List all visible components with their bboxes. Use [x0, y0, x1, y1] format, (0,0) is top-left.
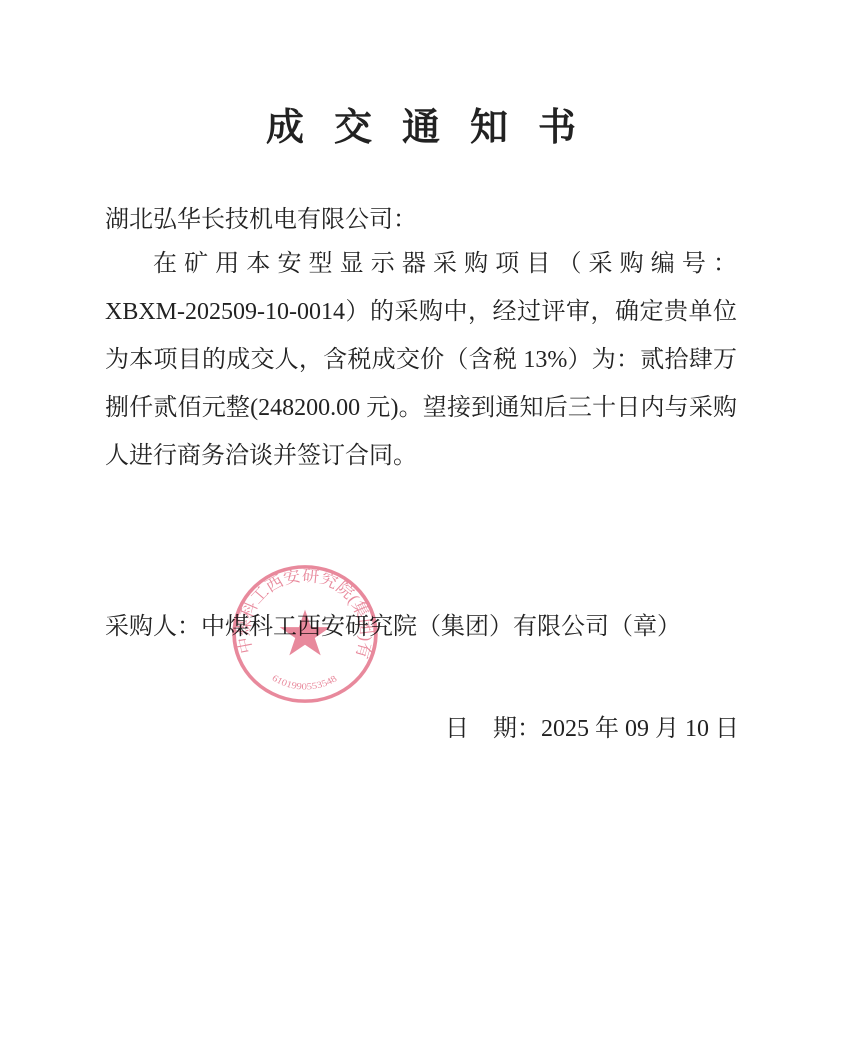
stamp-serial-number: 6101990553548 [270, 674, 340, 693]
date-line: 日 期：2025 年 09 月 10 日 [445, 705, 739, 753]
body-line-3: 为本项目的成交人，含税成交价（含税 13%）为：贰拾肆万 [105, 336, 737, 384]
body-line-1: 在矿用本安型显示器采购项目（采购编号： [105, 240, 737, 288]
addressee-line: 湖北弘华长技机电有限公司： [105, 196, 417, 244]
document-title: 成交通知书 [0, 104, 842, 152]
body-line-2: XBXM-202509-10-0014）的采购中，经过评审，确定贵单位 [105, 288, 737, 336]
body-line-4: 捌仟贰佰元整(248200.00 元)。望接到通知后三十日内与采购 [105, 384, 737, 432]
purchaser-line: 采购人：中煤科工西安研究院（集团）有限公司（章） [105, 603, 681, 651]
award-notice-document: { "doc": { "title": "成交通知书", "addressee"… [0, 0, 842, 1064]
body-paragraph: 在矿用本安型显示器采购项目（采购编号： XBXM-202509-10-0014）… [105, 240, 737, 480]
body-line-5: 人进行商务洽谈并签订合同。 [105, 432, 737, 480]
